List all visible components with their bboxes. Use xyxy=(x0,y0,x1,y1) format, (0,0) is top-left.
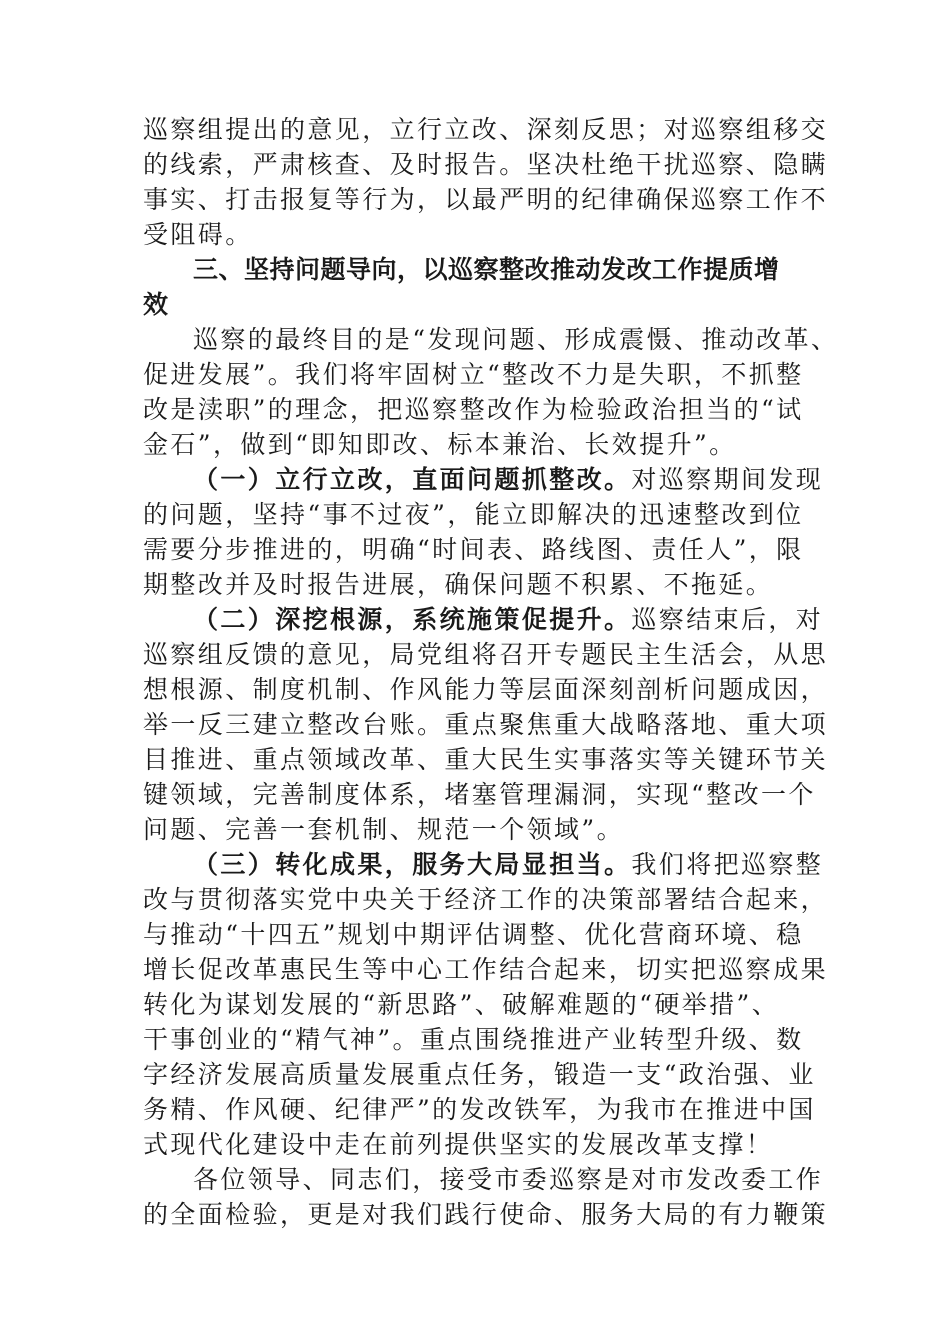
text-line: 事实、打击报复等行为，以最严明的纪律确保巡察工作不 xyxy=(143,182,807,217)
text-line: 务精、作风硬、纪律严”的发改铁军，为我市在推进中国 xyxy=(143,1092,807,1127)
heading-line: 效 xyxy=(143,287,807,322)
text-line: 转化为谋划发展的“新思路”、破解难题的“硬举措”、 xyxy=(143,987,807,1022)
heading-line: 三、坚持问题导向，以巡察整改推动发改工作提质增 xyxy=(143,252,807,287)
text-line: 键领域，完善制度体系，堵塞管理漏洞，实现“整改一个 xyxy=(143,777,807,812)
subsection-lead: （三）转化成果，服务大局显担当。 xyxy=(193,850,631,879)
text-line: 金石”，做到“即知即改、标本兼治、长效提升”。 xyxy=(143,427,807,462)
text-line: 期整改并及时报告进展，确保问题不积累、不拖延。 xyxy=(143,567,807,602)
subsection-text: 对巡察期间发现 xyxy=(631,465,823,494)
text-line: 增长促改革惠民生等中心工作结合起来，切实把巡察成果 xyxy=(143,952,807,987)
text-line: 想根源、制度机制、作风能力等层面深刻剖析问题成因， xyxy=(143,672,807,707)
subsection-1: （一）立行立改，直面问题抓整改。对巡察期间发现 的问题，坚持“事不过夜”，能立即… xyxy=(143,462,807,602)
text-line: 各位领导、同志们，接受市委巡察是对市发改委工作 xyxy=(143,1162,807,1197)
text-line: 的问题，坚持“事不过夜”，能立即解决的迅速整改到位 xyxy=(143,497,807,532)
document-body: 巡察组提出的意见，立行立改、深刻反思；对巡察组移交 的线索，严肃核查、及时报告。… xyxy=(143,112,807,1232)
text-line: 促进发展”。我们将牢固树立“整改不力是失职，不抓整 xyxy=(143,357,807,392)
text-line: 改与贯彻落实党中央关于经济工作的决策部署结合起来， xyxy=(143,882,807,917)
text-line: 巡察组反馈的意见，局党组将召开专题民主生活会，从思 xyxy=(143,637,807,672)
text-line: 的全面检验，更是对我们践行使命、服务大局的有力鞭策 xyxy=(143,1197,807,1232)
text-line: 式现代化建设中走在前列提供坚实的发展改革支撑！ xyxy=(143,1127,807,1162)
subsection-text: 我们将把巡察整 xyxy=(631,850,823,879)
text-line: 字经济发展高质量发展重点任务，锻造一支“政治强、业 xyxy=(143,1057,807,1092)
text-line: 举一反三建立整改台账。重点聚焦重大战略落地、重大项 xyxy=(143,707,807,742)
document-page: 巡察组提出的意见，立行立改、深刻反思；对巡察组移交 的线索，严肃核查、及时报告。… xyxy=(0,0,950,1344)
text-line: 目推进、重点领域改革、重大民生实事落实等关键环节关 xyxy=(143,742,807,777)
text-line: （一）立行立改，直面问题抓整改。对巡察期间发现 xyxy=(143,462,807,497)
subsection-3: （三）转化成果，服务大局显担当。我们将把巡察整 改与贯彻落实党中央关于经济工作的… xyxy=(143,847,807,1162)
text-line: 的线索，严肃核查、及时报告。坚决杜绝干扰巡察、隐瞒 xyxy=(143,147,807,182)
subsection-text: 巡察结束后，对 xyxy=(631,605,823,634)
text-line: 与推动“十四五”规划中期评估调整、优化营商环境、稳 xyxy=(143,917,807,952)
text-line: （三）转化成果，服务大局显担当。我们将把巡察整 xyxy=(143,847,807,882)
text-line: 干事创业的“精气神”。重点围绕推进产业转型升级、数 xyxy=(143,1022,807,1057)
text-line: 需要分步推进的，明确“时间表、路线图、责任人”，限 xyxy=(143,532,807,567)
subsection-lead: （二）深挖根源，系统施策促提升。 xyxy=(193,605,631,634)
text-line: 改是渎职”的理念，把巡察整改作为检验政治担当的“试 xyxy=(143,392,807,427)
text-line: 问题、完善一套机制、规范一个领域”。 xyxy=(143,812,807,847)
text-line: 巡察的最终目的是“发现问题、形成震慑、推动改革、 xyxy=(143,322,807,357)
text-line: 巡察组提出的意见，立行立改、深刻反思；对巡察组移交 xyxy=(143,112,807,147)
text-line: （二）深挖根源，系统施策促提升。巡察结束后，对 xyxy=(143,602,807,637)
paragraph-closing: 各位领导、同志们，接受市委巡察是对市发改委工作 的全面检验，更是对我们践行使命、… xyxy=(143,1162,807,1232)
paragraph-continued: 巡察组提出的意见，立行立改、深刻反思；对巡察组移交 的线索，严肃核查、及时报告。… xyxy=(143,112,807,252)
section-heading: 三、坚持问题导向，以巡察整改推动发改工作提质增 效 xyxy=(143,252,807,322)
subsection-lead: （一）立行立改，直面问题抓整改。 xyxy=(193,465,631,494)
subsection-2: （二）深挖根源，系统施策促提升。巡察结束后，对 巡察组反馈的意见，局党组将召开专… xyxy=(143,602,807,847)
text-line: 受阻碍。 xyxy=(143,217,807,252)
paragraph-intro: 巡察的最终目的是“发现问题、形成震慑、推动改革、 促进发展”。我们将牢固树立“整… xyxy=(143,322,807,462)
